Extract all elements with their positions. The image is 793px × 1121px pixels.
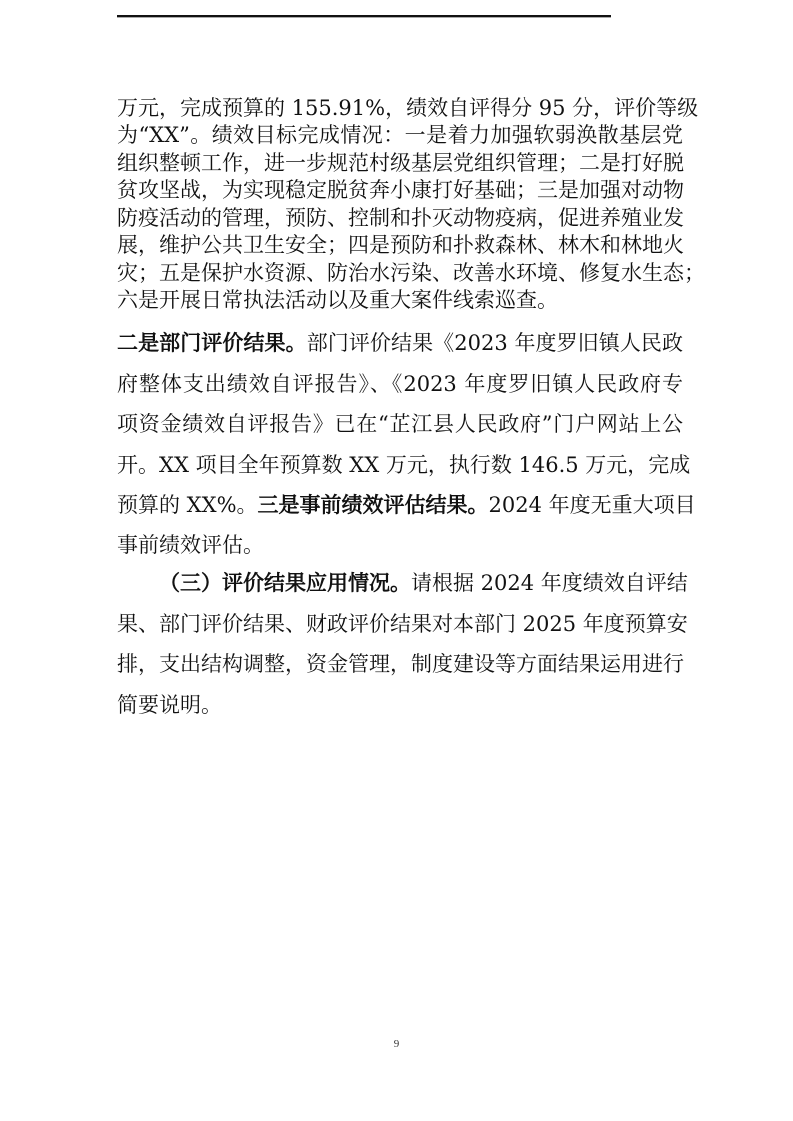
header-rule (117, 15, 611, 18)
text-span: 请根据 2024 年度绩效自评结 (411, 571, 688, 595)
text-line: 果、部门评价结果、财政评价结果对本部门 2025 年度预算安 (117, 610, 683, 638)
text-line: 排，支出结构调整，资金管理，制度建设等方面结果运用进行 (117, 650, 683, 678)
section-heading-result-application: （三）评价结果应用情况。 (159, 570, 411, 595)
text-line: （三）评价结果应用情况。请根据 2024 年度绩效自评结 (159, 569, 683, 597)
text-line: 灾；五是保护水资源、防治水污染、改善水环境、修复水生态； (117, 259, 683, 287)
text-line: 二是部门评价结果。部门评价结果《2023 年度罗旧镇人民政 (117, 329, 683, 357)
text-span: 2024 年度无重大项目 (489, 493, 696, 517)
text-line: 预算的 XX%。三是事前绩效评估结果。2024 年度无重大项目 (117, 491, 683, 519)
page-number: 9 (0, 1038, 793, 1050)
text-line: 项资金绩效自评报告》已在“芷江县人民政府”门户网站上公 (117, 410, 683, 438)
text-line: 事前绩效评估。 (117, 531, 683, 559)
text-span: 部门评价结果《2023 年度罗旧镇人民政 (307, 331, 683, 355)
text-line: 府整体支出绩效自评报告》、《2023 年度罗旧镇人民政府专 (117, 370, 683, 398)
text-line: 简要说明。 (117, 691, 683, 719)
text-line: 展，维护公共卫生安全；四是预防和扑救森林、林木和林地火 (117, 231, 683, 259)
text-line: 万元，完成预算的 155.91%，绩效自评得分 95 分，评价等级 (117, 94, 683, 122)
text-line: 组织整顿工作，进一步规范村级基层党组织管理；二是打好脱 (117, 149, 683, 177)
text-line: 开。XX 项目全年预算数 XX 万元，执行数 146.5 万元，完成 (117, 451, 683, 479)
section-heading-prior-evaluation: 三是事前绩效评估结果。 (258, 492, 489, 517)
section-heading-department-evaluation: 二是部门评价结果。 (117, 330, 307, 355)
text-line: 防疫活动的管理，预防、控制和扑灭动物疫病，促进养殖业发 (117, 204, 683, 232)
text-line: 贫攻坚战，为实现稳定脱贫奔小康打好基础；三是加强对动物 (117, 176, 683, 204)
text-line: 为“XX”。绩效目标完成情况：一是着力加强软弱涣散基层党 (117, 121, 683, 149)
text-span: 预算的 XX%。 (117, 493, 258, 517)
text-line: 六是开展日常执法活动以及重大案件线索巡查。 (117, 286, 683, 314)
